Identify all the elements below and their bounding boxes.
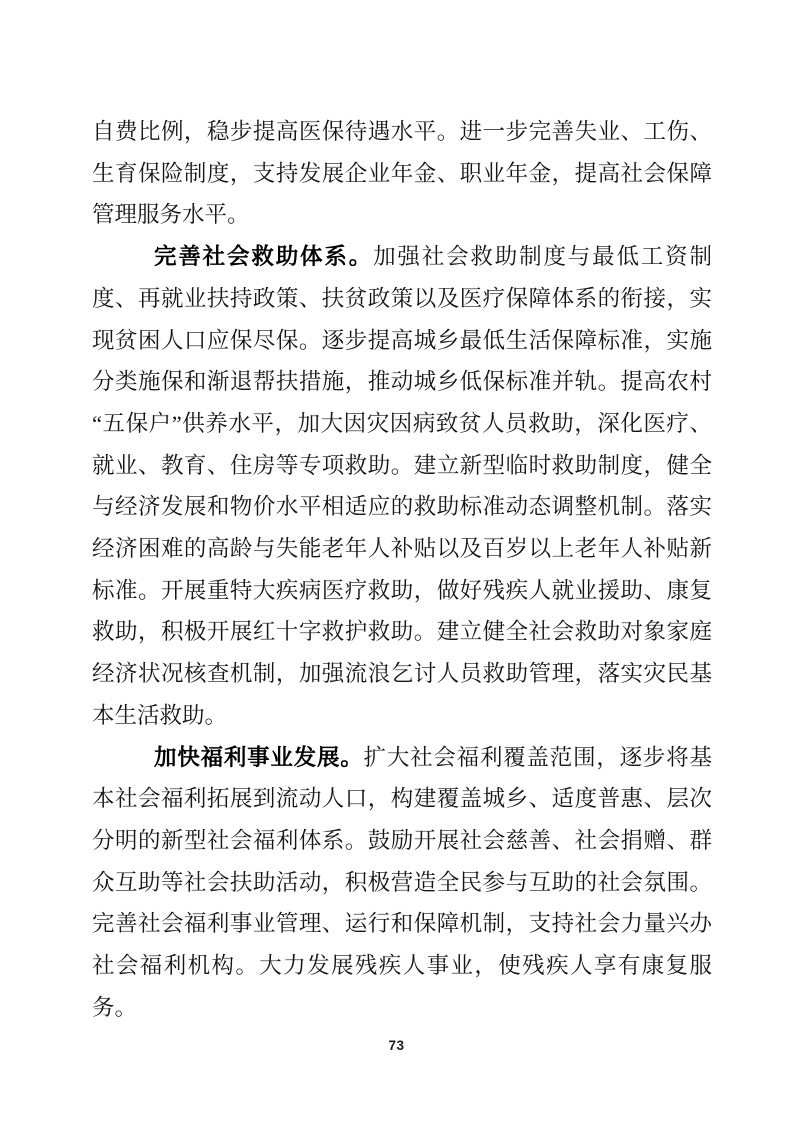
paragraph-medical-insurance-continuation: 自费比例，稳步提高医保待遇水平。进一步完善失业、工伤、生育保险制度，支持发展企业… [92,111,712,236]
paragraph-text: 扩大社会福利覆盖范围，逐步将基本社会福利拓展到流动人口，构建覆盖城乡、适度普惠、… [92,745,712,1020]
page-number: 73 [0,1038,793,1053]
paragraph-social-assistance-system: 完善社会救助体系。加强社会救助制度与最低工资制度、再就业扶持政策、扶贫政策以及医… [92,236,712,736]
paragraph-lead-heading: 完善社会救助体系。 [154,244,373,269]
paragraph-lead-heading: 加快福利事业发展。 [154,745,364,770]
paragraph-text: 加强社会救助制度与最低工资制度、再就业扶持政策、扶贫政策以及医疗保障体系的衔接，… [92,244,712,728]
paragraph-text: 自费比例，稳步提高医保待遇水平。进一步完善失业、工伤、生育保险制度，支持发展企业… [92,119,712,227]
paragraph-welfare-development: 加快福利事业发展。扩大社会福利覆盖范围，逐步将基本社会福利拓展到流动人口，构建覆… [92,737,712,1029]
document-page: 自费比例，稳步提高医保待遇水平。进一步完善失业、工伤、生育保险制度，支持发展企业… [0,0,793,1122]
document-body: 自费比例，稳步提高医保待遇水平。进一步完善失业、工伤、生育保险制度，支持发展企业… [92,111,712,1028]
